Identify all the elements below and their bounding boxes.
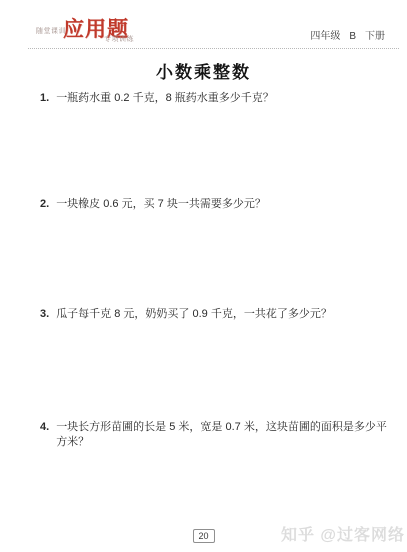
book-letter: B <box>349 31 356 42</box>
volume-label: 下册 <box>365 31 385 42</box>
question-3-text: 瓜子每千克 8 元，奶奶买了 0.9 千克，一共花了多少元？ <box>56 307 332 322</box>
question-2-number: 2. <box>40 197 49 212</box>
page-number: 20 <box>192 529 214 543</box>
question-1-text: 一瓶药水重 0.2 千克，8 瓶药水重多少千克？ <box>56 91 274 106</box>
header-dotted-divider <box>28 48 399 49</box>
grade-label: 四年级 <box>310 31 340 42</box>
question-4-number: 4. <box>40 420 49 450</box>
logo-subtitle-right: 专项训练 <box>104 34 134 44</box>
edition-info: 四年级B下册 <box>301 27 385 42</box>
series-logo: 随堂课训 应用题 专项训练 <box>36 13 166 45</box>
question-1-number: 1. <box>40 91 49 106</box>
question-3-number: 3. <box>40 307 49 322</box>
question-2: 2. 一块橡皮 0.6 元，买 7 块一共需要多少元？ <box>40 197 389 212</box>
question-2-text: 一块橡皮 0.6 元，买 7 块一共需要多少元？ <box>56 197 266 212</box>
question-1: 1. 一瓶药水重 0.2 千克，8 瓶药水重多少千克？ <box>40 91 389 106</box>
worksheet-page: 随堂课训 应用题 专项训练 四年级B下册 小数乘整数 1. 一瓶药水重 0.2 … <box>0 0 407 552</box>
question-3: 3. 瓜子每千克 8 元，奶奶买了 0.9 千克，一共花了多少元？ <box>40 307 389 322</box>
question-4-text: 一块长方形苗圃的长是 5 米，宽是 0.7 米，这块苗圃的面积是多少平方米？ <box>56 420 389 450</box>
logo-subtitle-left: 随堂课训 <box>36 26 66 36</box>
question-4: 4. 一块长方形苗圃的长是 5 米，宽是 0.7 米，这块苗圃的面积是多少平方米… <box>40 420 389 450</box>
page-title: 小数乘整数 <box>0 58 407 83</box>
watermark: 知乎 @过客网络 <box>281 522 405 545</box>
